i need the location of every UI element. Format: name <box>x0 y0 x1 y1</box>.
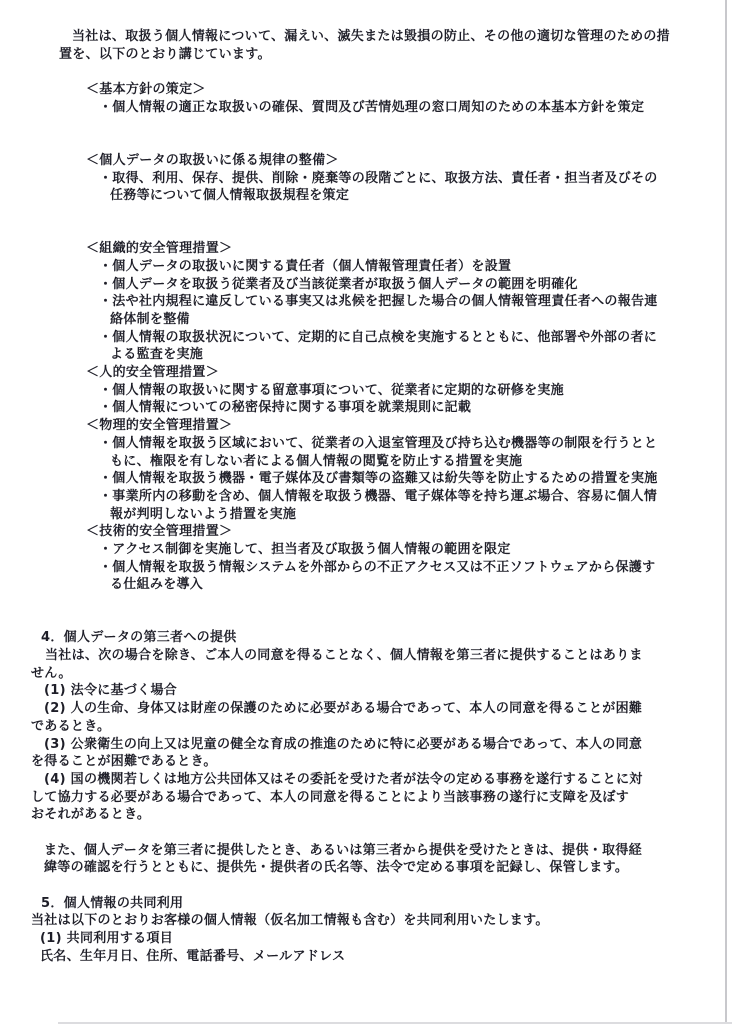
text-line: 当社は以下のとおりお客様の個人情報（仮名加工情報も含む）を共同利用いたします。 <box>0 912 732 930</box>
text-line: 当社は、取扱う個人情報について、漏えい、滅失または毀損の防止、その他の適切な管理… <box>0 28 732 46</box>
text-line: ・アクセス制御を実施して、担当者及び取扱う個人情報の範囲を限定 <box>0 541 732 559</box>
text-line: ・個人情報の取扱いに関する留意事項について、従業者に定期的な研修を実施 <box>0 382 732 400</box>
text-line: ・個人情報を取扱う機器・電子媒体及び書類等の盗難又は紛失等を防止するための措置を… <box>0 470 732 488</box>
blank-line <box>0 63 732 81</box>
text-line: (1) 共同利用する項目 <box>0 930 732 948</box>
blank-line <box>0 116 732 134</box>
text-line: ＜組織的安全管理措置＞ <box>0 240 732 258</box>
text-line: して協力する必要がある場合であって、本人の同意を得ることにより当該事務の遂行に支… <box>0 789 732 807</box>
text-line: (2) 人の生命、身体又は財産の保護のために必要がある場合であって、本人の同意を… <box>0 700 732 718</box>
text-line: ・事業所内の移動を含め、個人情報を取扱う機器、電子媒体等を持ち運ぶ場合、容易に個… <box>0 488 732 506</box>
blank-line <box>0 877 732 895</box>
text-line: 緯等の確認を行うとともに、提供先・提供者の氏名等、法令で定める事項を記録し、保管… <box>0 859 732 877</box>
text-line: せん。 <box>0 665 732 683</box>
text-line: ・個人情報についての秘密保持に関する事項を就業規則に記載 <box>0 399 732 417</box>
text-line: 4．個人データの第三者への提供 <box>0 629 732 647</box>
text-line: ・個人情報の取扱状況について、定期的に自己点検を実施するとともに、他部署や外部の… <box>0 329 732 347</box>
text-line: ＜技術的安全管理措置＞ <box>0 523 732 541</box>
text-line: また、個人データを第三者に提供したとき、あるいは第三者から提供を受けたときは、提… <box>0 842 732 860</box>
text-line: ・個人データを取扱う従業者及び当該従業者が取扱う個人データの範囲を明確化 <box>0 276 732 294</box>
blank-line <box>0 824 732 842</box>
text-line: ・取得、利用、保存、提供、削除・廃棄等の段階ごとに、取扱方法、責任者・担当者及び… <box>0 170 732 188</box>
text-line: であるとき。 <box>0 718 732 736</box>
text-line: ＜基本方針の策定＞ <box>0 81 732 99</box>
text-line: を得ることが困難であるとき。 <box>0 753 732 771</box>
blank-line <box>0 205 732 223</box>
text-line: 置を、以下のとおり講じています。 <box>0 46 732 64</box>
text-line: 報が判明しないよう措置を実施 <box>0 506 732 524</box>
text-line: ・個人情報を取扱う情報システムを外部からの不正アクセス又は不正ソフトウェアから保… <box>0 559 732 577</box>
text-line: ・個人情報を取扱う区域において、従業者の入退室管理及び持ち込む機器等の制限を行う… <box>0 435 732 453</box>
blank-line <box>0 612 732 630</box>
text-line: る仕組みを導入 <box>0 576 732 594</box>
text-line: ・個人データの取扱いに関する責任者（個人情報管理責任者）を設置 <box>0 258 732 276</box>
text-line: ＜物理的安全管理措置＞ <box>0 417 732 435</box>
text-line: おそれがあるとき。 <box>0 806 732 824</box>
text-line: 5．個人情報の共同利用 <box>0 895 732 913</box>
text-line: (3) 公衆衛生の向上又は児童の健全な育成の推進のために特に必要がある場合であっ… <box>0 736 732 754</box>
text-line: ＜人的安全管理措置＞ <box>0 364 732 382</box>
text-line: ・個人情報の適正な取扱いの確保、質問及び苦情処理の窓口周知のための本基本方針を策… <box>0 99 732 117</box>
text-line: (1) 法令に基づく場合 <box>0 682 732 700</box>
text-line: 氏名、生年月日、住所、電話番号、メールアドレス <box>0 948 732 966</box>
text-line: 任務等について個人情報取扱規程を策定 <box>0 187 732 205</box>
text-line: 当社は、次の場合を除き、ご本人の同意を得ることなく、個人情報を第三者に提供するこ… <box>0 647 732 665</box>
text-line: 絡体制を整備 <box>0 311 732 329</box>
page-right-edge-line <box>725 0 727 1024</box>
text-line: よる監査を実施 <box>0 346 732 364</box>
text-line: (4) 国の機関若しくは地方公共団体又はその委託を受けた者が法令の定める事務を遂… <box>0 771 732 789</box>
privacy-policy-page: 当社は、取扱う個人情報について、漏えい、滅失または毀損の防止、その他の適切な管理… <box>0 0 732 1024</box>
text-line: もに、権限を有しない者による個人情報の閲覧を防止する措置を実施 <box>0 453 732 471</box>
blank-line <box>0 594 732 612</box>
blank-line <box>0 134 732 152</box>
document-body: 当社は、取扱う個人情報について、漏えい、滅失または毀損の防止、その他の適切な管理… <box>0 28 732 965</box>
text-line: ・法や社内規程に違反している事実又は兆候を把握した場合の個人情報管理責任者への報… <box>0 293 732 311</box>
text-line: ＜個人データの取扱いに係る規律の整備＞ <box>0 152 732 170</box>
blank-line <box>0 223 732 241</box>
